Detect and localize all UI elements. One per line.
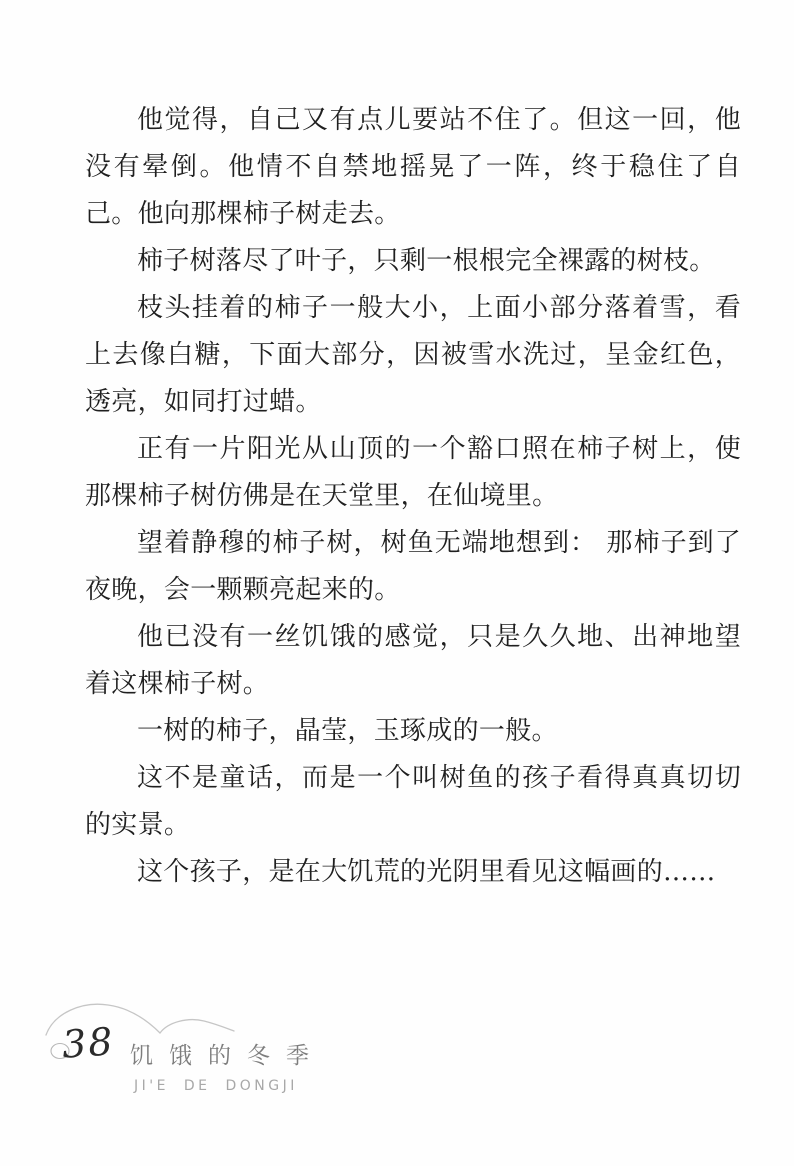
paragraph: 他觉得，自己又有点儿要站不住了。但这一回，他没有晕倒。他情不自禁地摇晃了一阵，终… bbox=[85, 97, 741, 238]
book-page: 他觉得，自己又有点儿要站不住了。但这一回，他没有晕倒。他情不自禁地摇晃了一阵，终… bbox=[0, 0, 794, 1166]
paragraph: 一树的柿子，晶莹，玉琢成的一般。 bbox=[85, 708, 741, 755]
page-number: 38 bbox=[61, 1019, 116, 1067]
paragraph: 这个孩子，是在大饥荒的光阴里看见这幅画的…… bbox=[85, 849, 741, 896]
book-title: 饥饿的冬季 bbox=[130, 1037, 325, 1070]
book-title-pinyin: JI'E DE DONGJI bbox=[134, 1078, 298, 1094]
paragraph: 柿子树落尽了叶子，只剩一根根完全裸露的树枝。 bbox=[85, 238, 741, 285]
body-text: 他觉得，自己又有点儿要站不住了。但这一回，他没有晕倒。他情不自禁地摇晃了一阵，终… bbox=[85, 97, 741, 896]
page-footer: 38 饥饿的冬季 JI'E DE DONGJI bbox=[0, 995, 794, 1115]
paragraph: 他已没有一丝饥饿的感觉，只是久久地、出神地望着这棵柿子树。 bbox=[85, 614, 741, 708]
paragraph: 望着静穆的柿子树，树鱼无端地想到： 那柿子到了夜晚，会一颗颗亮起来的。 bbox=[85, 520, 741, 614]
paragraph: 这不是童话，而是一个叫树鱼的孩子看得真真切切的实景。 bbox=[85, 755, 741, 849]
paragraph: 枝头挂着的柿子一般大小，上面小部分落着雪，看上去像白糖，下面大部分，因被雪水洗过… bbox=[85, 285, 741, 426]
paragraph: 正有一片阳光从山顶的一个豁口照在柿子树上，使那棵柿子树仿佛是在天堂里，在仙境里。 bbox=[85, 426, 741, 520]
